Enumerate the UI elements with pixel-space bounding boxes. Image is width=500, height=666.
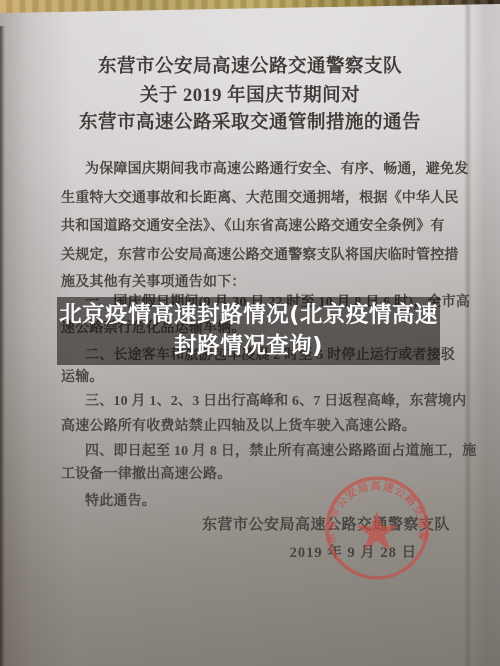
banner-title-line-1: 北京疫情高速封路情况(北京疫情高速 xyxy=(59,300,438,331)
doc-title-line-2: 关于 2019 年国庆节期间对 xyxy=(0,84,500,108)
official-seal: 东营市公安局高速公路交通警察支队 xyxy=(321,472,433,584)
left-edge-shadow xyxy=(0,26,5,666)
doc-title-line-1: 东营市公安局高速公路交通警察支队 xyxy=(0,55,500,79)
doc-line: 运输。 xyxy=(61,368,463,388)
doc-line: 高速公路所有收费站禁止四轴及以上货车驶入高速公路。 xyxy=(61,417,463,437)
doc-line: 关规定，东营市公安局高速公路交通警察支队将国庆临时管控措 xyxy=(61,246,463,266)
doc-line: 四、即日起至 10 月 8 日，禁止所有高速公路路面占道施工，施 xyxy=(61,442,487,462)
doc-line: 共和国道路交通安全法》、《山东省高速公路交通安全条例》有 xyxy=(61,217,463,237)
seal-star-icon xyxy=(356,511,398,551)
doc-line: 施及其他有关事项通告如下： xyxy=(61,273,463,293)
banner-title-line-2: 封路情况查询) xyxy=(174,331,323,362)
doc-line: 三、10 月 1、2、3 日出行高峰和 6、7 日返程高峰，东营境内 xyxy=(61,392,487,412)
doc-line: 为保障国庆期间我市高速公路通行安全、有序、畅通，避免发 xyxy=(61,160,487,180)
doc-line: 生重特大交通事故和长距离、大范围交通拥堵，根据《中华人民 xyxy=(61,189,463,209)
doc-title-line-3: 东营市高速公路采取交通管制措施的通告 xyxy=(0,111,500,135)
overlay-banner: 北京疫情高速封路情况(北京疫情高速 封路情况查询) xyxy=(57,297,440,365)
